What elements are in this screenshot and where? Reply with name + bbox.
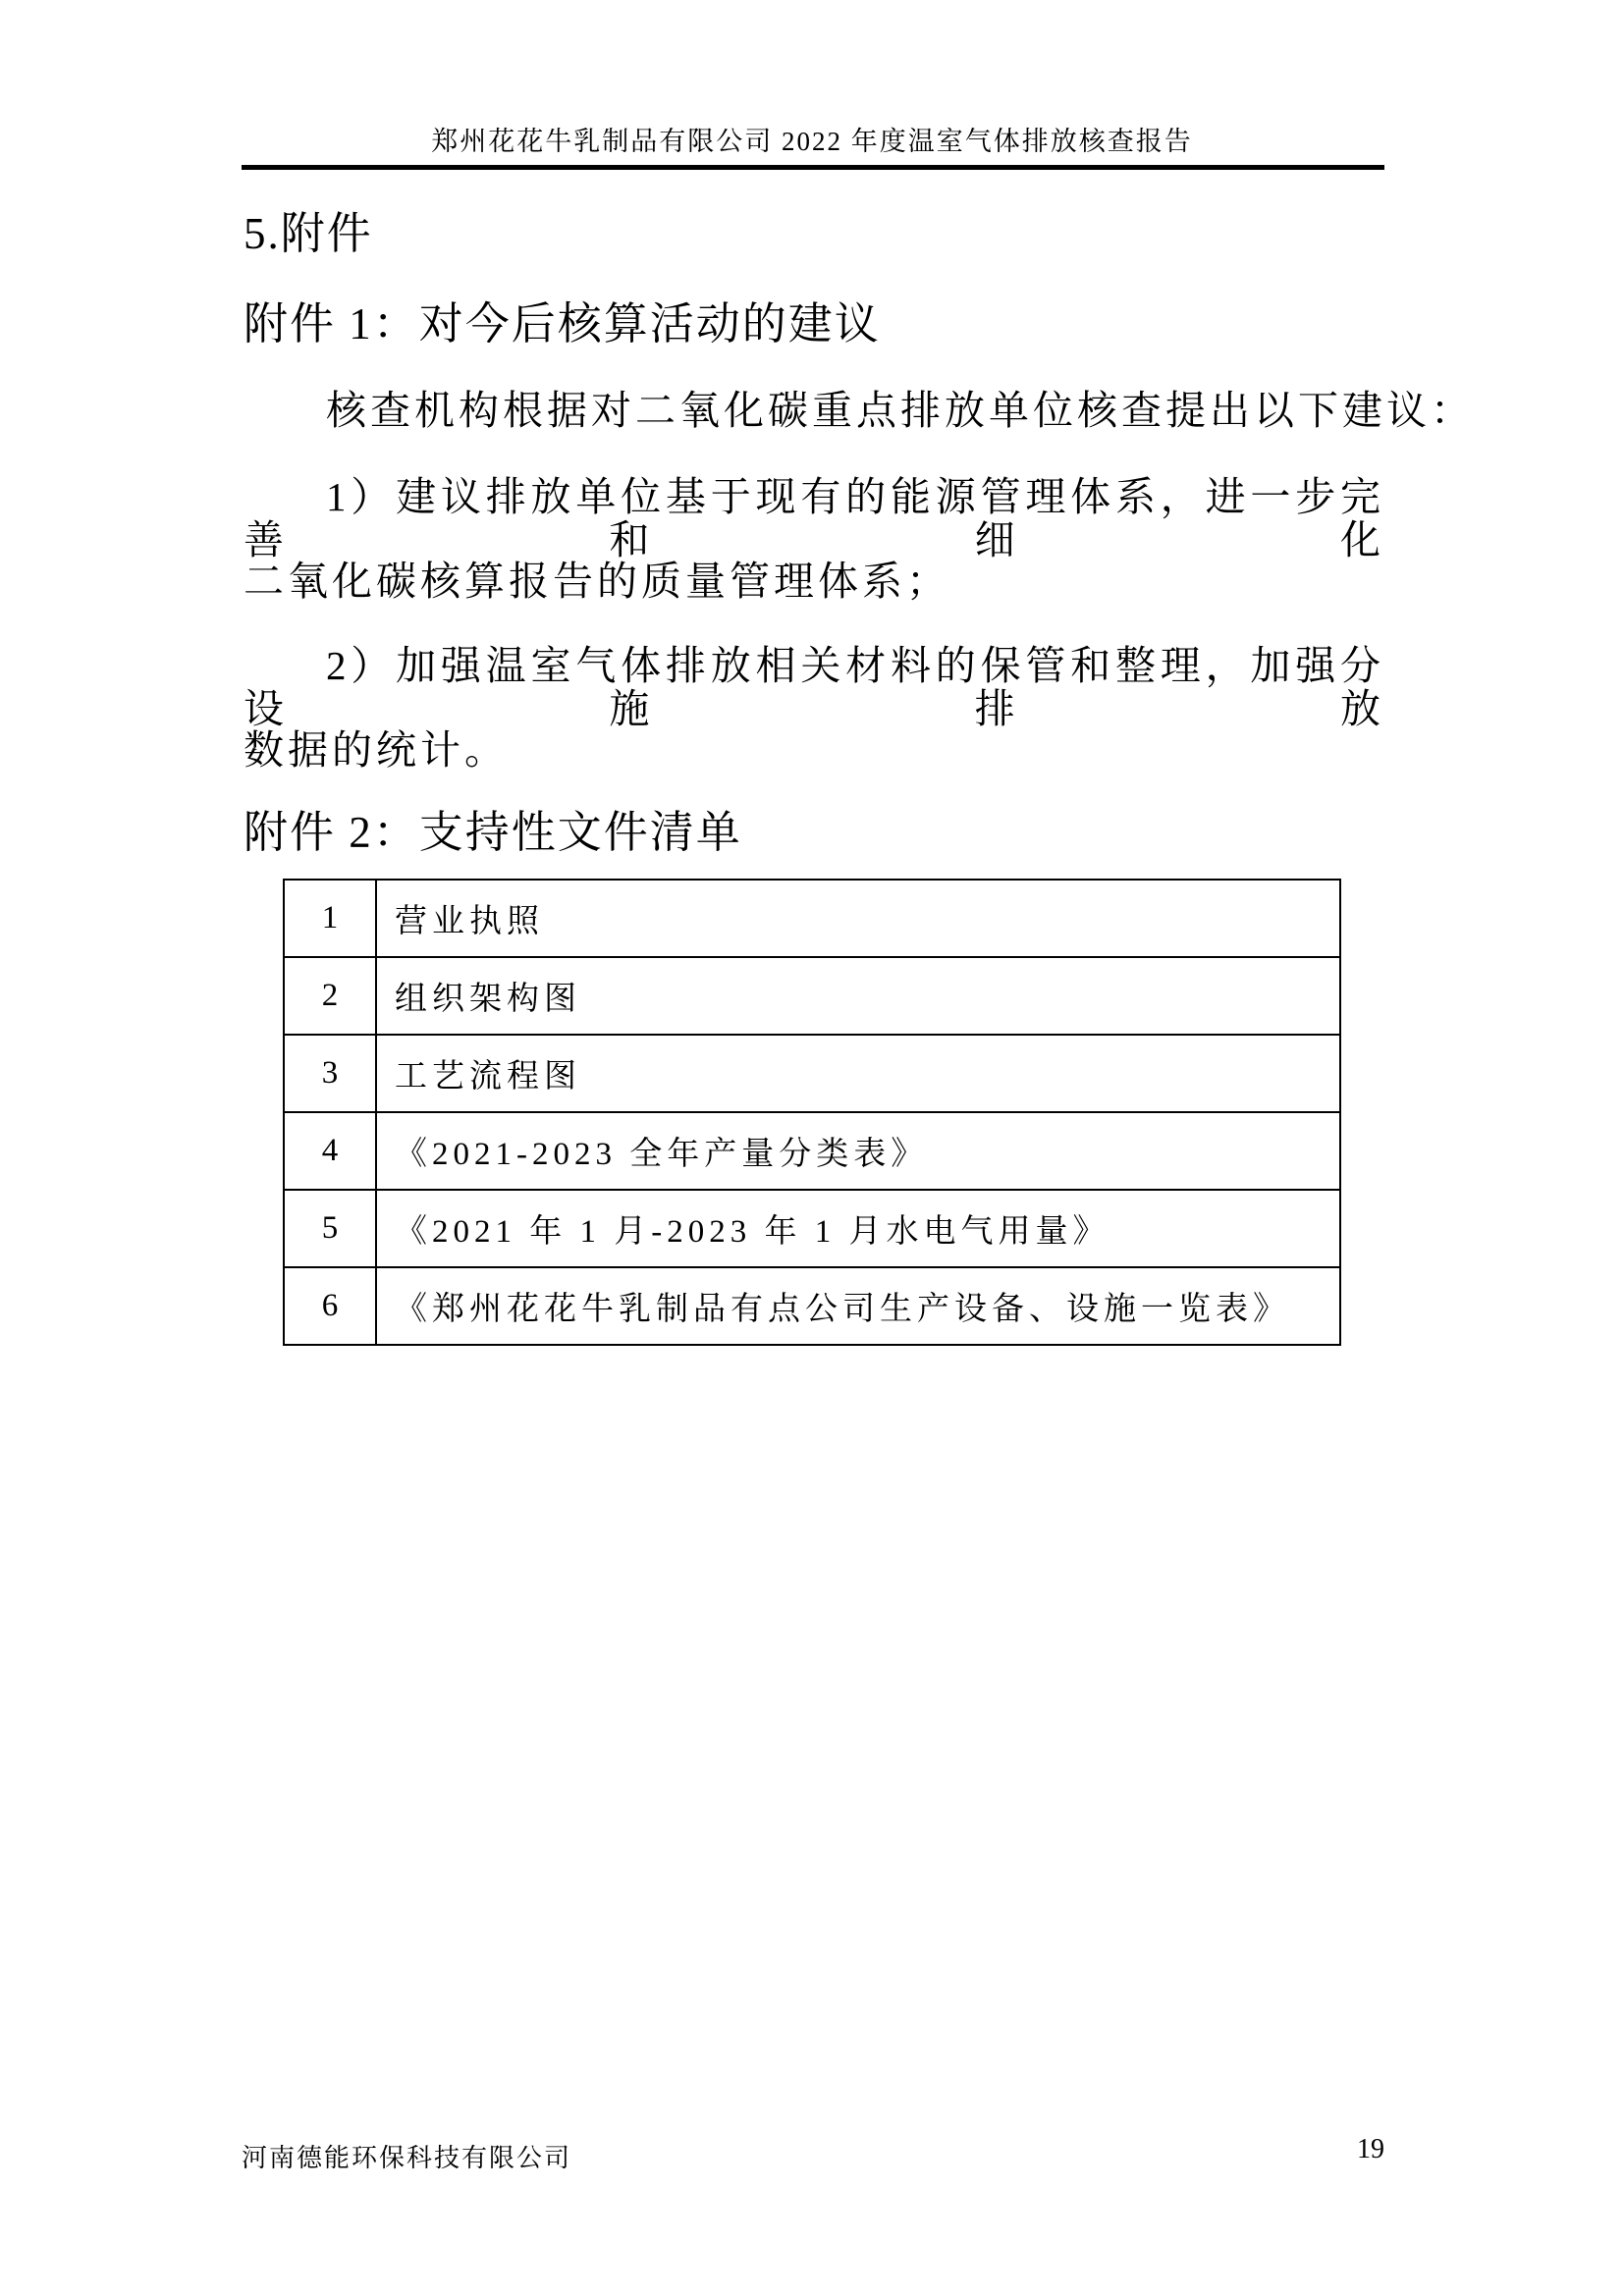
- document-name-cell: 工艺流程图: [376, 1035, 1340, 1112]
- attachment2-heading: 附件 2：支持性文件清单: [244, 809, 1384, 857]
- document-name-cell: 营业执照: [376, 880, 1340, 957]
- supporting-documents-table: 1 营业执照 2 组织架构图 3 工艺流程图 4 《2021-2023 全年产量…: [283, 879, 1341, 1346]
- table-row: 1 营业执照: [284, 880, 1340, 957]
- document-name-cell: 《2021-2023 全年产量分类表》: [376, 1112, 1340, 1190]
- footer-page-number: 19: [1267, 2134, 1384, 2165]
- table-row: 3 工艺流程图: [284, 1035, 1340, 1112]
- row-number: 1: [284, 880, 376, 957]
- page-header-title: 郑州花花牛乳制品有限公司 2022 年度温室气体排放核查报告: [0, 126, 1624, 157]
- table-row: 5 《2021 年 1 月-2023 年 1 月水电气用量》: [284, 1190, 1340, 1267]
- table-row: 4 《2021-2023 全年产量分类表》: [284, 1112, 1340, 1190]
- document-name-cell: 《2021 年 1 月-2023 年 1 月水电气用量》: [376, 1190, 1340, 1267]
- header-rule: [242, 165, 1384, 170]
- paragraph-intro: 核查机构根据对二氧化碳重点排放单位核查提出以下建议：: [244, 389, 1384, 432]
- row-number: 5: [284, 1190, 376, 1267]
- table-row: 6 《郑州花花牛乳制品有点公司生产设备、设施一览表》: [284, 1267, 1340, 1345]
- paragraph-item1-line1: 1）建议排放单位基于现有的能源管理体系，进一步完善和细化: [244, 475, 1384, 562]
- paragraph-item2-line2: 数据的统计。: [244, 728, 1384, 772]
- row-number: 2: [284, 957, 376, 1035]
- attachment1-heading: 附件 1：对今后核算活动的建议: [244, 300, 1384, 348]
- document-page: 郑州花花牛乳制品有限公司 2022 年度温室气体排放核查报告 5.附件 附件 1…: [0, 0, 1624, 2296]
- row-number: 4: [284, 1112, 376, 1190]
- row-number: 3: [284, 1035, 376, 1112]
- document-name-cell: 《郑州花花牛乳制品有点公司生产设备、设施一览表》: [376, 1267, 1340, 1345]
- section-heading: 5.附件: [244, 210, 1384, 258]
- paragraph-item2-line1: 2）加强温室气体排放相关材料的保管和整理，加强分设施排放: [244, 644, 1384, 731]
- footer-company-name: 河南德能环保科技有限公司: [242, 2138, 571, 2174]
- document-name-cell: 组织架构图: [376, 957, 1340, 1035]
- paragraph-item1-line2: 二氧化碳核算报告的质量管理体系；: [244, 560, 1384, 603]
- row-number: 6: [284, 1267, 376, 1345]
- table-row: 2 组织架构图: [284, 957, 1340, 1035]
